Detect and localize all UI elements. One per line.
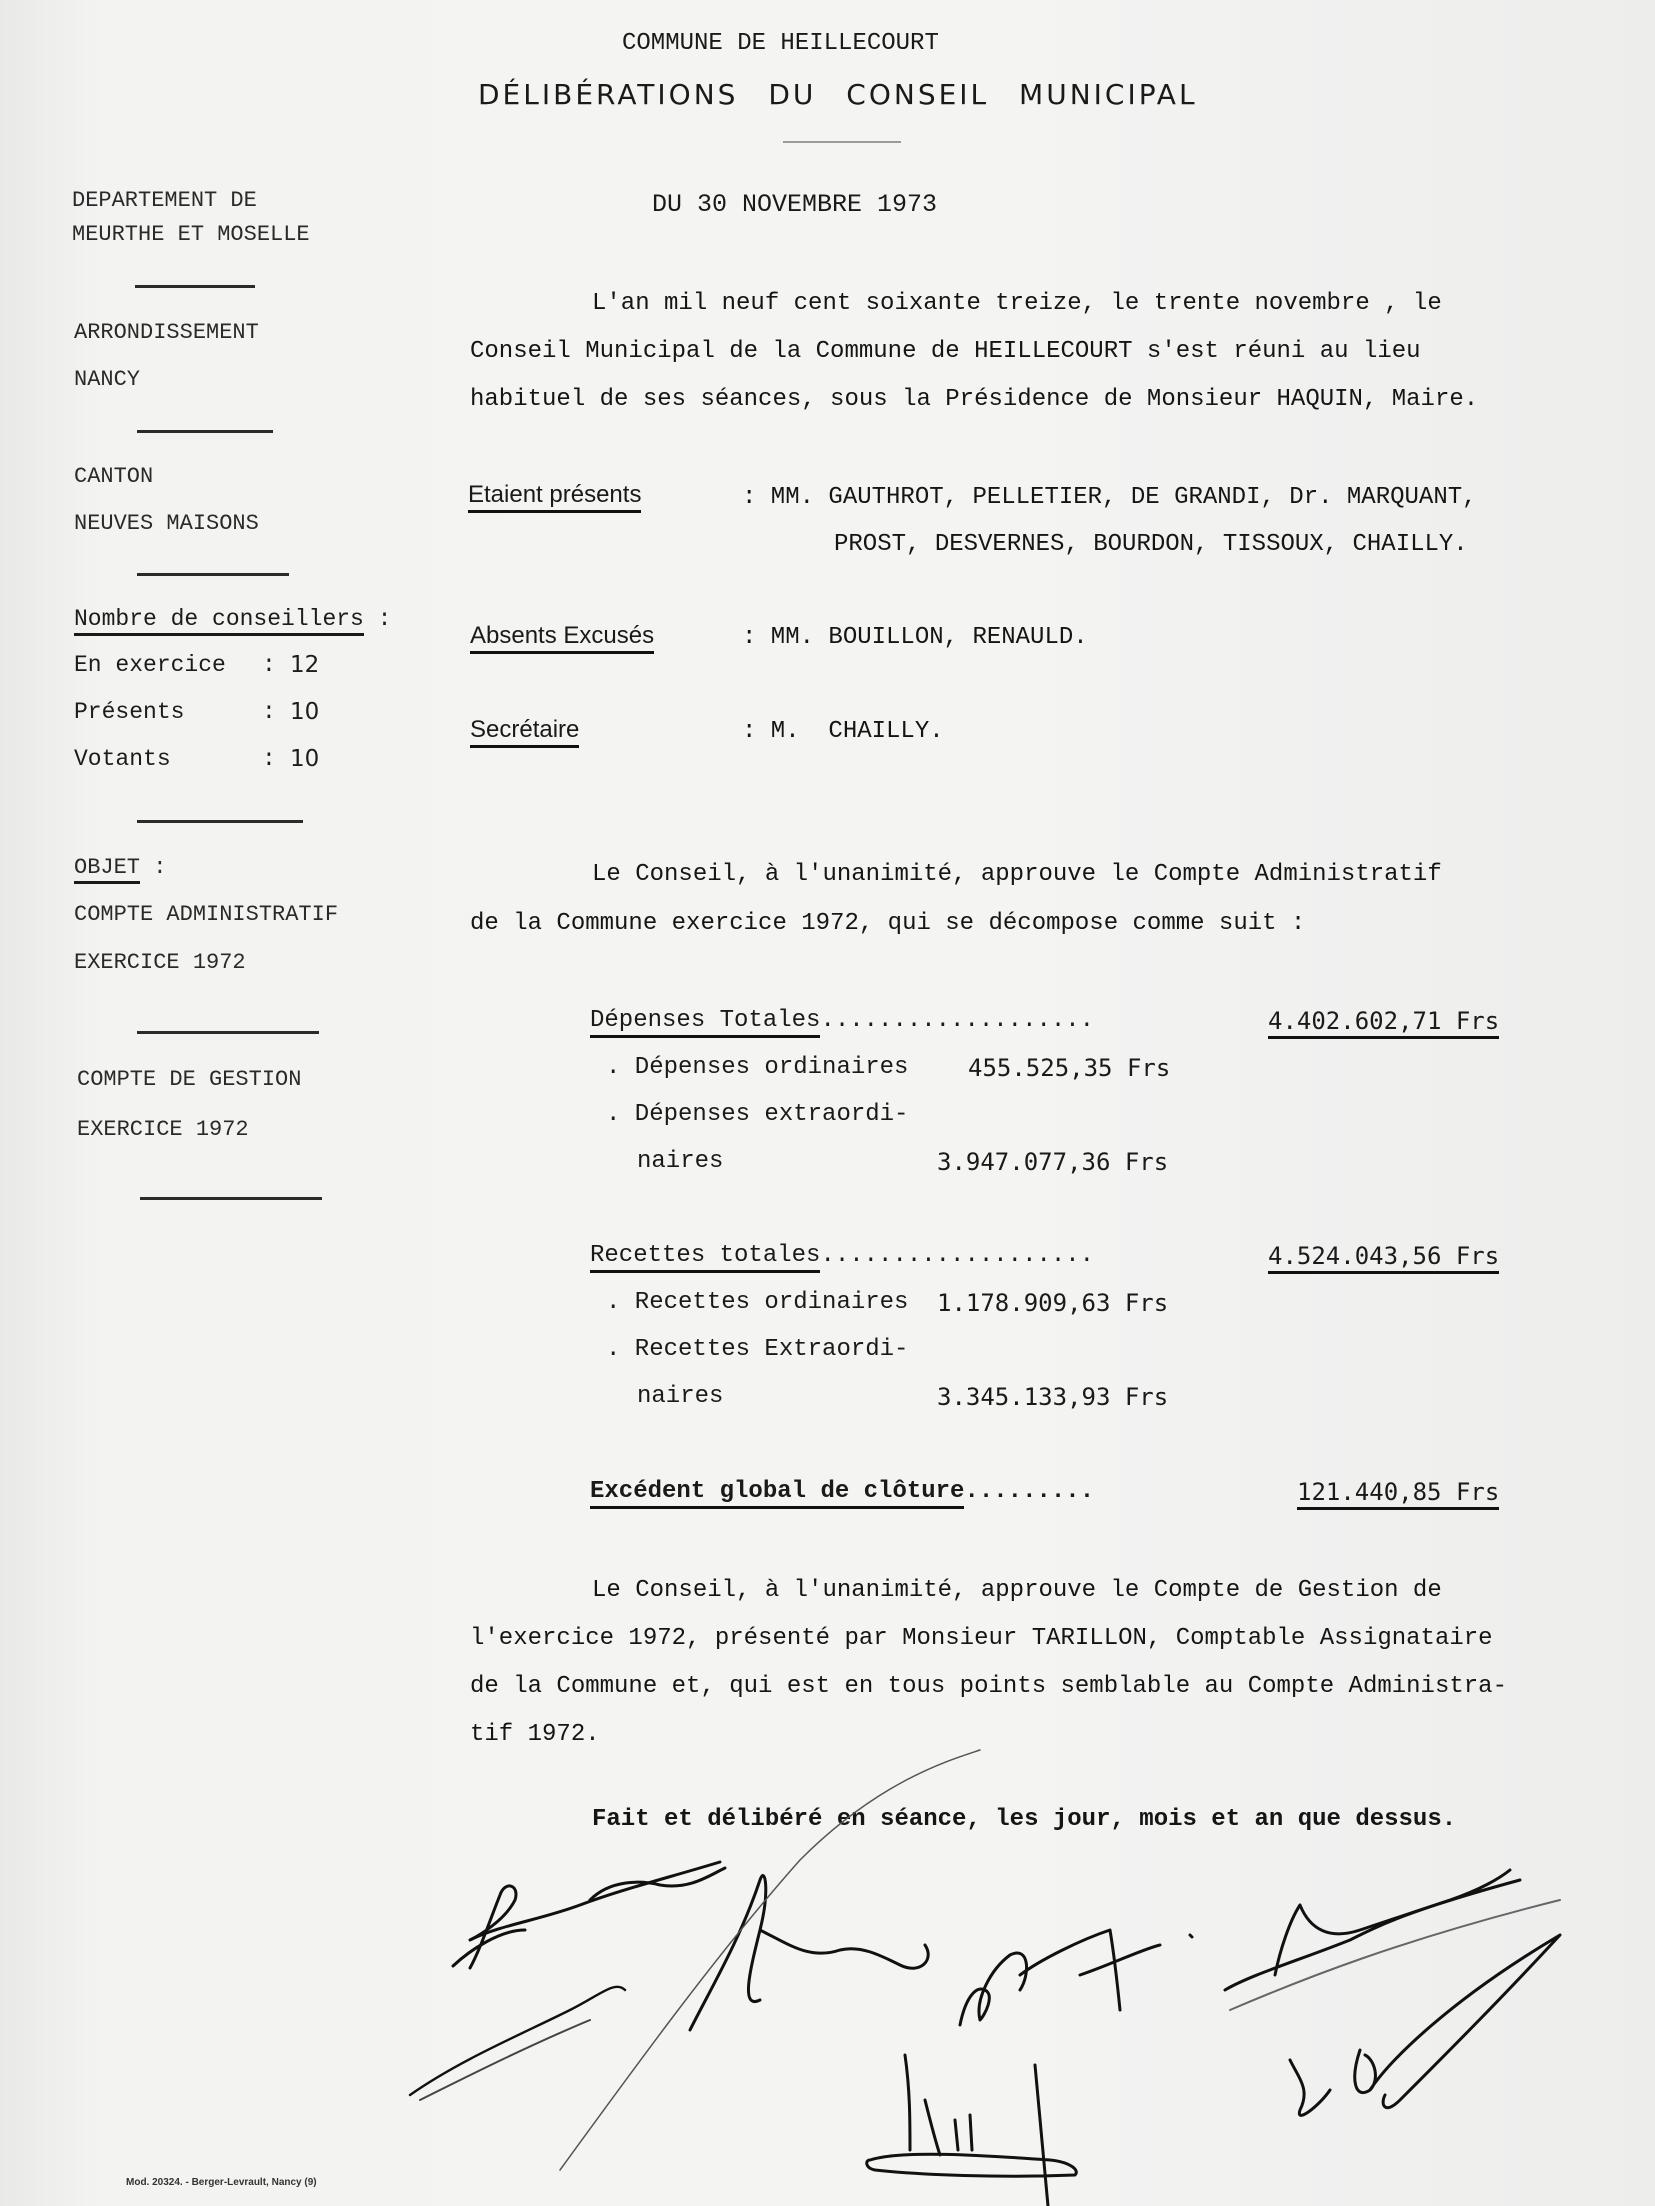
signature-middle bbox=[960, 1930, 1192, 2025]
signature-tissoux bbox=[1225, 1870, 1520, 1990]
signature-diagonal-line bbox=[560, 1750, 980, 2170]
signature-de-grandi bbox=[1290, 1935, 1560, 2115]
signature-bourdon bbox=[410, 1987, 625, 2095]
document-page: COMMUNE DE HEILLECOURT DÉLIBÉRATIONS DU … bbox=[0, 0, 1655, 2206]
signature-desvernes bbox=[453, 1862, 720, 1968]
form-reference: Mod. 20324. - Berger-Levrault, Nancy (9) bbox=[126, 2177, 317, 2188]
signatures bbox=[0, 0, 1655, 2206]
signature-haquin bbox=[690, 1876, 928, 2030]
signature-chailly bbox=[867, 2055, 1077, 2206]
